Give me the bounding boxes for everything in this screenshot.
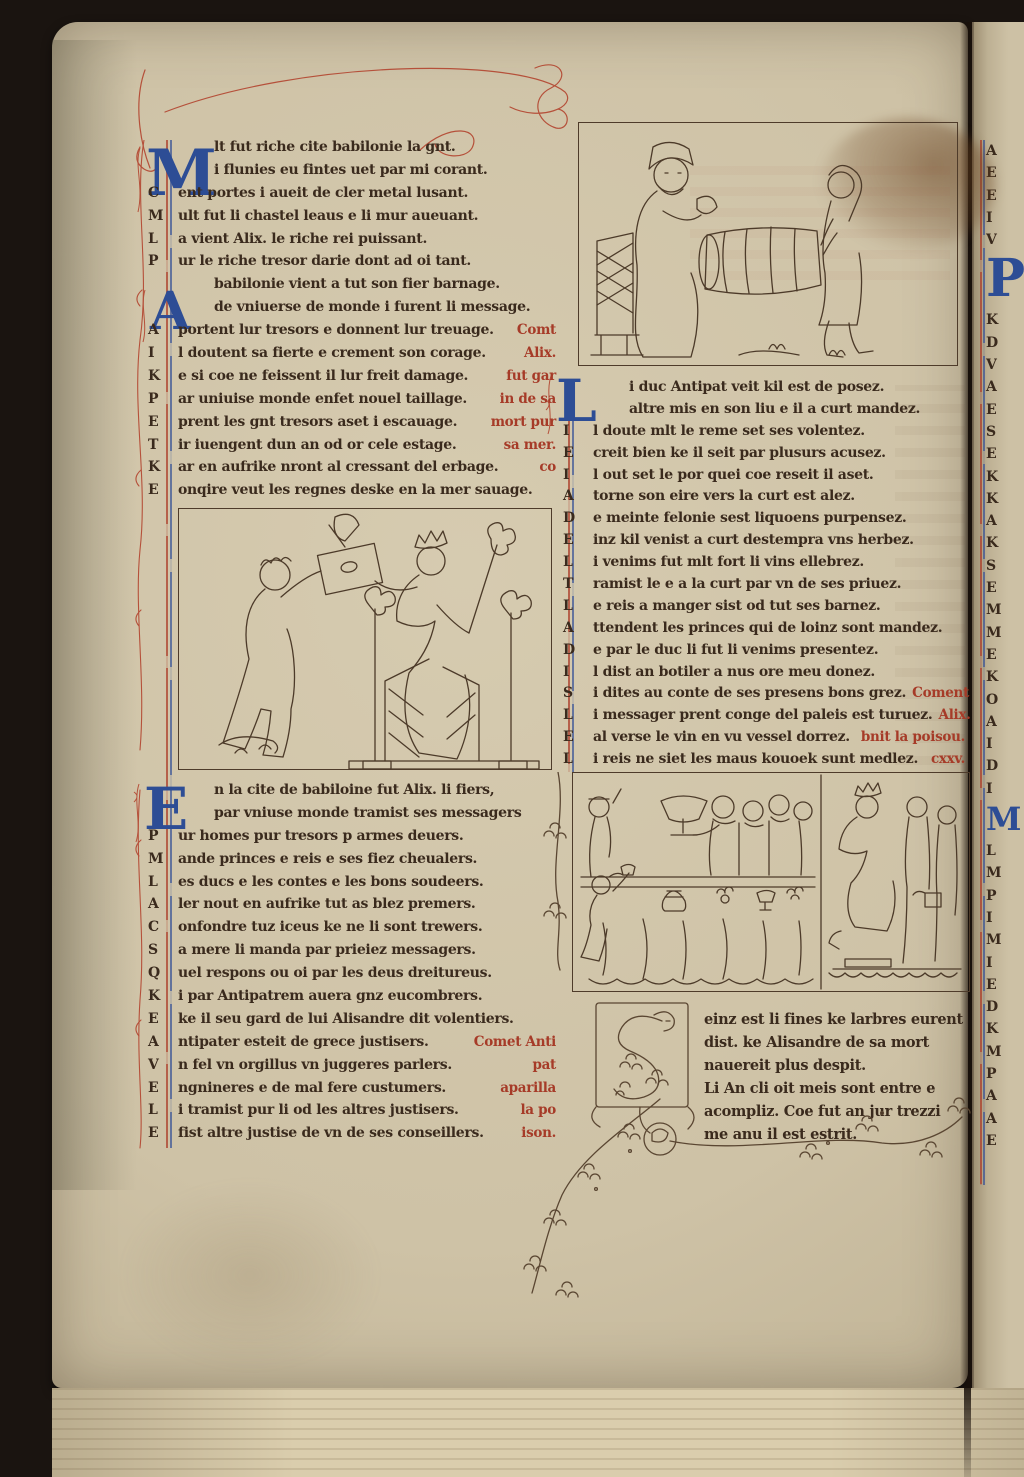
next-folio-initial: E [986, 644, 1024, 666]
line-text: i venims fut mlt fort li vins ellebrez. [593, 552, 864, 574]
line-text: ler nout en aufrike tut as blez premers. [178, 893, 476, 916]
line-initial: I [563, 421, 593, 443]
verse-line: I l doute mlt le reme set ses volentez. [563, 421, 965, 443]
line-initial: C [148, 916, 178, 939]
next-folio-initial: A [986, 1108, 1024, 1130]
initial-letter: A [986, 510, 997, 532]
next-folio-initial: E [986, 162, 1024, 184]
right-column: i duc Antipat veit kil est de posez. alt… [563, 377, 965, 771]
marginal-rubric: Comt [511, 319, 556, 342]
verse-line: L a vient Alix. le riche rei puissant. [148, 228, 556, 251]
line-text: ent portes i aueit de cler metal lusant. [178, 182, 468, 205]
initial-letter: I [986, 778, 992, 800]
page-edge-shading [52, 1388, 1024, 1477]
next-folio-initial: M [986, 599, 1024, 621]
verse-line: i flunies eu fintes uet par mi corant. [148, 159, 556, 182]
line-initial: A [563, 486, 593, 508]
initial-letter: K [986, 488, 998, 510]
line-text: i flunies eu fintes uet par mi corant. [214, 159, 487, 182]
line-initial: L [148, 871, 178, 894]
next-folio-initial: S [986, 421, 1024, 443]
line-text: a mere li manda par prieiez messagers. [178, 939, 476, 962]
verse-line: C ent portes i aueit de cler metal lusan… [148, 182, 556, 205]
next-folio-initial-m: M [986, 800, 1024, 840]
marginal-rubric: sa mer. [498, 434, 556, 457]
next-folio-initials: AEEIV P KDVAESEKKAKSEM MEKOAIDI M LMPIMI… [986, 140, 1024, 1152]
line-text: par vniuse monde tramist ses messagers [214, 802, 521, 825]
line-text: onfondre tuz iceus ke ne li sont trewers… [178, 916, 482, 939]
initial-letter: E [986, 1130, 996, 1152]
line-text: n la cite de babiloine fut Alix. li fier… [214, 779, 494, 802]
initial-letter: D [986, 332, 998, 354]
line-text: onqire veut les regnes deske en la mer s… [178, 479, 532, 502]
initial-letter: E [986, 399, 996, 421]
initial-letter: M [986, 862, 1001, 884]
line-initial: Q [148, 962, 178, 985]
line-text: lt fut riche cite babilonie la gnt. [214, 136, 455, 159]
line-text: inz kil venist a curt destempra vns herb… [593, 530, 914, 552]
line-text: ngnineres e de mal fere custumers. [178, 1077, 446, 1100]
line-initial: S [148, 939, 178, 962]
next-folio-initial: K [986, 466, 1024, 488]
barrel-scene-drawing [579, 123, 957, 365]
line-initial: E [563, 530, 593, 552]
verse-line: i duc Antipat veit kil est de posez. [563, 377, 965, 399]
next-folio-initial: E [986, 443, 1024, 465]
initial-letter: D [986, 996, 998, 1018]
verse-line: P ar uniuise monde enfet nouel taillage.… [148, 388, 556, 411]
line-initial: K [148, 456, 178, 479]
prose-line: nauereit plus despit. [704, 1054, 976, 1077]
verse-line: M ande princes e reis e ses fiez cheuale… [148, 848, 556, 871]
marginal-rubric: fut gar [500, 365, 556, 388]
line-initial: A [563, 618, 593, 640]
line-initial: P [148, 825, 178, 848]
initial-letter: K [986, 309, 998, 331]
verse-line: S i dites au conte de ses presens bons g… [563, 683, 965, 705]
line-text: l doutent sa fierte e crement son corage… [178, 342, 486, 365]
initial-letter: E [986, 185, 996, 207]
next-folio-initial: D [986, 332, 1024, 354]
verse-line: I l dist an botiler a nus ore meu donez. [563, 662, 965, 684]
next-folio-initial: K [986, 666, 1024, 688]
line-initial: P [148, 250, 178, 273]
line-initial: L [563, 749, 593, 771]
initial-letter: E [986, 577, 996, 599]
line-text: torne son eire vers la curt est alez. [593, 486, 855, 508]
next-folio-initial: D [986, 996, 1024, 1018]
line-initial: C [148, 182, 178, 205]
next-folio-initial: O [986, 689, 1024, 711]
prose-text: einz est li fines ke larbres eurent [704, 1011, 963, 1028]
next-folio-initial: E [986, 577, 1024, 599]
verse-line: E fist altre justise de vn de ses consei… [148, 1122, 556, 1145]
verse-line: D e par le duc li fut li venims presente… [563, 640, 965, 662]
line-initial: A [148, 1031, 178, 1054]
line-text: i reis ne siet les maus kouoek sunt medl… [593, 749, 918, 771]
filigree-icon [132, 146, 146, 216]
line-initial: T [148, 434, 178, 457]
next-folio-initial: I [986, 778, 1024, 800]
feast-scene-drawing [573, 773, 969, 991]
verse-line: T ir iuengent dun an od or cele estage. … [148, 434, 556, 457]
line-initial: I [148, 342, 178, 365]
marginal-rubric: mort pur [485, 411, 556, 434]
verse-line: L i venims fut mlt fort li vins ellebrez… [563, 552, 965, 574]
line-initial: E [563, 443, 593, 465]
next-folio-ruling-blue [983, 140, 985, 1185]
initial-letter: O [986, 689, 998, 711]
line-text: ur le riche tresor darie dont ad oi tant… [178, 250, 471, 273]
verse-line: de vniuerse de monde i furent li message… [148, 296, 556, 319]
initial-letter: P [986, 1063, 996, 1085]
initial-letter: M [986, 800, 1021, 838]
line-initial: L [148, 228, 178, 251]
line-initial: A [148, 319, 178, 342]
initial-letter: I [986, 207, 992, 229]
marginal-rubric: bnit la poisou. [855, 727, 965, 749]
verse-line: E creit bien ke il seit par plusurs acus… [563, 443, 965, 465]
line-initial: E [148, 1122, 178, 1145]
verse-line: L i messager prent conge del paleis est … [563, 705, 965, 727]
prose-line: einz est li fines ke larbres eurent [704, 1008, 976, 1031]
verse-line: C onfondre tuz iceus ke ne li sont trewe… [148, 916, 556, 939]
verse-line: L es ducs e les contes e les bons soudee… [148, 871, 556, 894]
prose-text: dist. ke Alisandre de sa mort [704, 1034, 929, 1051]
initial-letter: K [986, 466, 998, 488]
initial-letter: K [986, 1018, 998, 1040]
initial-letter: I [986, 952, 992, 974]
next-folio-initial: A [986, 1085, 1024, 1107]
line-initial: E [148, 411, 178, 434]
line-initial: M [148, 205, 178, 228]
left-column-top: lt fut riche cite babilonie la gnt. i fl… [148, 136, 556, 502]
initial-letter: V [986, 354, 997, 376]
verse-line: A ler nout en aufrike tut as blez premer… [148, 893, 556, 916]
line-initial: E [148, 1077, 178, 1100]
next-folio-initial: E [986, 1130, 1024, 1152]
line-text: i duc Antipat veit kil est de posez. [629, 377, 884, 399]
initial-letter: P [986, 885, 996, 907]
verse-line: E ke il seu gard de lui Alisandre dit vo… [148, 1008, 556, 1031]
initial-letter: A [986, 1085, 997, 1107]
marginal-rubric: pat [526, 1054, 556, 1077]
verse-line: P ur le riche tresor darie dont ad oi ta… [148, 250, 556, 273]
verse-line: K e si coe ne feissent il lur freit dama… [148, 365, 556, 388]
verse-line: I l out set le por quei coe reseit il as… [563, 465, 965, 487]
line-text: ttendent les princes qui de loinz sont m… [593, 618, 942, 640]
next-folio-initials-group2: KDVAESEKKAKSEM [986, 309, 1024, 621]
verse-line: I l doutent sa fierte e crement son cora… [148, 342, 556, 365]
next-folio-initial: V [986, 354, 1024, 376]
line-text: ar en aufrike nront al cressant del erba… [178, 456, 498, 479]
initial-letter: E [986, 974, 996, 996]
line-initial: L [563, 552, 593, 574]
next-folio-initial: E [986, 185, 1024, 207]
line-text: ar uniuise monde enfet nouel taillage. [178, 388, 467, 411]
line-initial: E [148, 479, 178, 502]
next-folio-initial: L [986, 840, 1024, 862]
next-folio-initial: E [986, 974, 1024, 996]
line-text: es ducs e les contes e les bons soudeers… [178, 871, 484, 894]
verse-line: V n fel vn orgillus vn juggeres parlers.… [148, 1054, 556, 1077]
verse-line: L i tramist pur li od les altres justise… [148, 1099, 556, 1122]
next-folio-initial: D [986, 755, 1024, 777]
line-text: l out set le por quei coe reseit il aset… [593, 465, 874, 487]
line-text: fist altre justise de vn de ses conseill… [178, 1122, 484, 1145]
initial-letter: D [986, 755, 998, 777]
page-edges-below [52, 1388, 1024, 1477]
initial-letter: M [986, 622, 1001, 644]
marginal-rubric: Comet Anti [468, 1031, 556, 1054]
verse-line: A portent lur tresors e donnent lur treu… [148, 319, 556, 342]
line-text: ramist le e a la curt par vn de ses priu… [593, 574, 901, 596]
line-text: a vient Alix. le riche rei puissant. [178, 228, 427, 251]
verse-line: E al verse le vin en vu vessel dorrez. b… [563, 727, 965, 749]
line-text: n fel vn orgillus vn juggeres parlers. [178, 1054, 452, 1077]
line-text: ande princes e reis e ses fiez cheualers… [178, 848, 477, 871]
verse-line: L e reis a manger sist od tut ses barnez… [563, 596, 965, 618]
verse-line: L i reis ne siet les maus kouoek sunt me… [563, 749, 965, 771]
initial-letter: K [986, 532, 998, 554]
next-folio-initial: I [986, 733, 1024, 755]
next-folio-ruling-red [980, 140, 982, 1185]
line-initial: E [563, 727, 593, 749]
verse-line: A ntipater esteit de grece justisers. Co… [148, 1031, 556, 1054]
initial-letter: L [986, 840, 996, 862]
page-edge-gutter [964, 1388, 971, 1477]
verse-line: S a mere li manda par prieiez messagers. [148, 939, 556, 962]
verse-line: K ar en aufrike nront al cressant del er… [148, 456, 556, 479]
next-folio-initial: K [986, 309, 1024, 331]
line-initial: S [563, 683, 593, 705]
initial-letter: I [986, 733, 992, 755]
initial-letter: P [986, 251, 1024, 307]
verse-line: T ramist le e a la curt par vn de ses pr… [563, 574, 965, 596]
verse-line: altre mis en son liu e il a curt mandez. [563, 399, 965, 421]
verse-line: K i par Antipatrem auera gnz eucombrers. [148, 985, 556, 1008]
line-text: i tramist pur li od les altres justisers… [178, 1099, 459, 1122]
vine-spray [510, 1085, 980, 1315]
miniature-barrel-scene [578, 122, 958, 366]
marginal-rubric: co [533, 456, 556, 479]
next-folio-initial: M [986, 1041, 1024, 1063]
verse-line: D e meinte felonie sest liquoens purpens… [563, 508, 965, 530]
verse-line: A ttendent les princes qui de loinz sont… [563, 618, 965, 640]
line-initial: A [148, 893, 178, 916]
verse-line: E inz kil venist a curt destempra vns he… [563, 530, 965, 552]
next-folio-initial: P [986, 885, 1024, 907]
line-text: i par Antipatrem auera gnz eucombrers. [178, 985, 482, 1008]
verse-line: E ngnineres e de mal fere custumers. apa… [148, 1077, 556, 1100]
line-initial: P [148, 388, 178, 411]
line-initial: L [563, 596, 593, 618]
line-text: ur homes pur tresors p armes deuers. [178, 825, 463, 848]
line-initial: K [148, 365, 178, 388]
line-initial: I [563, 465, 593, 487]
line-text: e reis a manger sist od tut ses barnez. [593, 596, 881, 618]
next-folio-initial: P [986, 1063, 1024, 1085]
left-column-bottom: n la cite de babiloine fut Alix. li fier… [148, 779, 556, 1145]
verse-line: lt fut riche cite babilonie la gnt. [148, 136, 556, 159]
next-folio-initial-p: P [986, 251, 1024, 309]
line-initial: V [148, 1054, 178, 1077]
initial-letter: A [986, 711, 997, 733]
line-text: babilonie vient a tut son fier barnage. [214, 273, 500, 296]
line-initial: K [148, 985, 178, 1008]
line-text: ult fut li chastel leaus e li mur aueuan… [178, 205, 478, 228]
initial-letter: A [986, 1108, 997, 1130]
initial-letter: M [986, 929, 1001, 951]
verse-line: P ur homes pur tresors p armes deuers. [148, 825, 556, 848]
initial-letter: M [986, 1041, 1001, 1063]
next-folio-initial: I [986, 907, 1024, 929]
line-text: uel respons ou oi par les deus dreitureu… [178, 962, 492, 985]
line-text: e si coe ne feissent il lur freit damage… [178, 365, 468, 388]
next-folio-initial: I [986, 207, 1024, 229]
next-folio-initial: A [986, 711, 1024, 733]
verse-line: babilonie vient a tut son fier barnage. [148, 273, 556, 296]
line-initial: L [563, 705, 593, 727]
throne-scene-drawing [179, 509, 551, 769]
next-folio-initial: S [986, 555, 1024, 577]
line-text: portent lur tresors e donnent lur treuag… [178, 319, 494, 342]
line-text: e par le duc li fut li venims presentez. [593, 640, 878, 662]
line-text: l dist an botiler a nus ore meu donez. [593, 662, 875, 684]
next-folio-initial: I [986, 952, 1024, 974]
line-text: de vniuerse de monde i furent li message… [214, 296, 530, 319]
line-text: i dites au conte de ses presens bons gre… [593, 683, 906, 705]
initial-letter: A [986, 376, 997, 398]
prose-line: dist. ke Alisandre de sa mort [704, 1031, 976, 1054]
initial-letter: E [986, 644, 996, 666]
initial-letter: E [986, 162, 996, 184]
intercolumn-vine [536, 772, 578, 972]
next-folio-initial: M [986, 862, 1024, 884]
marginal-rubric: Coment [906, 683, 969, 705]
line-initial: I [563, 662, 593, 684]
line-initial: D [563, 640, 593, 662]
verse-line: E onqire veut les regnes deske en la mer… [148, 479, 556, 502]
next-folio-initials-group3: MEKOAIDI [986, 622, 1024, 800]
verse-line: A torne son eire vers la curt est alez. [563, 486, 965, 508]
next-folio-initial: A [986, 140, 1024, 162]
line-initial: D [563, 508, 593, 530]
next-folio-initial: K [986, 488, 1024, 510]
verse-line: Q uel respons ou oi par les deus dreitur… [148, 962, 556, 985]
marginal-rubric: Alix. [518, 342, 556, 365]
verse-line: par vniuse monde tramist ses messagers [148, 802, 556, 825]
line-text: ir iuengent dun an od or cele estage. [178, 434, 456, 457]
verse-line: n la cite de babiloine fut Alix. li fier… [148, 779, 556, 802]
next-folio-initial: K [986, 1018, 1024, 1040]
initial-letter: S [986, 421, 996, 443]
verse-line: M ult fut li chastel leaus e li mur aueu… [148, 205, 556, 228]
line-text: creit bien ke il seit par plusurs acusez… [593, 443, 886, 465]
next-folio-initial: M [986, 929, 1024, 951]
initial-letter: E [986, 443, 996, 465]
line-text: altre mis en son liu e il a curt mandez. [629, 399, 920, 421]
next-folio-initials-group1: AEEIV [986, 140, 1024, 251]
initial-letter: A [986, 140, 997, 162]
marginal-rubric: Alix. [933, 705, 971, 727]
line-text: i messager prent conge del paleis est tu… [593, 705, 933, 727]
line-initial: L [148, 1099, 178, 1122]
initial-letter: K [986, 666, 998, 688]
line-text: al verse le vin en vu vessel dorrez. [593, 727, 850, 749]
marginal-rubric: cxxv. [925, 749, 965, 771]
manuscript-photo: { "palette":{"parchment":"#cec2a6","ink"… [0, 0, 1024, 1477]
line-initial: T [563, 574, 593, 596]
verse-line: E prent les gnt tresors aset i escauage.… [148, 411, 556, 434]
line-text: e meinte felonie sest liquoens purpensez… [593, 508, 906, 530]
line-text: prent les gnt tresors aset i escauage. [178, 411, 457, 434]
next-folio-initial: A [986, 510, 1024, 532]
marginal-rubric: in de sa [494, 388, 556, 411]
next-folio-initial: M [986, 622, 1024, 644]
line-initial: E [148, 1008, 178, 1031]
next-folio-initials-group4: LMPIMIEDKMPAAE [986, 840, 1024, 1152]
next-folio-initial: A [986, 376, 1024, 398]
miniature-throne-scene [178, 508, 552, 770]
initial-letter: M [986, 599, 1001, 621]
next-folio-initial: E [986, 399, 1024, 421]
initial-letter: I [986, 907, 992, 929]
miniature-feast-scene [572, 772, 970, 992]
line-text: ke il seu gard de lui Alisandre dit vole… [178, 1008, 514, 1031]
line-initial: M [148, 848, 178, 871]
initial-letter: S [986, 555, 996, 577]
line-text: ntipater esteit de grece justisers. [178, 1031, 429, 1054]
filigree-icon [131, 782, 144, 844]
prose-text: nauereit plus despit. [704, 1057, 866, 1074]
next-folio-initial: K [986, 532, 1024, 554]
line-text: l doute mlt le reme set ses volentez. [593, 421, 865, 443]
